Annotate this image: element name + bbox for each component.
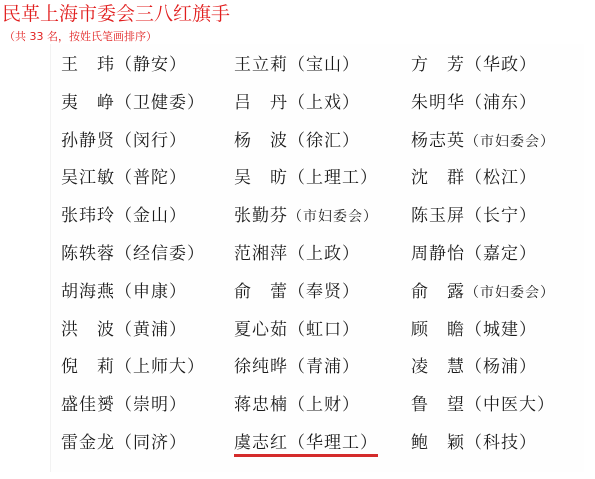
honoree-name: 陈轶蓉 bbox=[61, 242, 115, 266]
list-item-content: 范湘萍（上政） bbox=[234, 244, 360, 264]
honoree-unit: （松江） bbox=[465, 166, 537, 190]
honoree-name: 胡海燕 bbox=[61, 280, 115, 304]
honoree-unit: （杨浦） bbox=[465, 355, 537, 379]
list-item-content: 吕 丹（上戏） bbox=[234, 93, 360, 113]
honoree-name: 陈玉屏 bbox=[411, 204, 465, 228]
honoree-unit: （黄浦） bbox=[115, 318, 187, 342]
list-item: 孙静贤（闵行） bbox=[61, 129, 187, 153]
honoree-unit: （虹口） bbox=[288, 318, 360, 342]
list-item-content: 雷金龙（同济） bbox=[61, 433, 187, 453]
honoree-name: 周静怡 bbox=[411, 242, 465, 266]
honoree-name: 盛佳赟 bbox=[61, 393, 115, 417]
honoree-name: 朱明华 bbox=[411, 91, 465, 115]
list-item-content: 顾 瞻（城建） bbox=[411, 320, 537, 340]
list-item-content: 夏心茹（虹口） bbox=[234, 320, 360, 340]
list-item-content: 鲍 颖（科技） bbox=[411, 433, 537, 453]
honoree-unit: （华理工） bbox=[288, 431, 378, 455]
list-item-content: 孙静贤（闵行） bbox=[61, 131, 187, 151]
list-item: 吴江敏（普陀） bbox=[61, 166, 187, 190]
honoree-unit: （上政） bbox=[288, 242, 360, 266]
honoree-name: 夷 峥 bbox=[61, 91, 115, 115]
honoree-name: 蒋忠楠 bbox=[234, 393, 288, 417]
honoree-unit: （市妇委会） bbox=[465, 130, 555, 154]
list-item: 盛佳赟（崇明） bbox=[61, 393, 187, 417]
list-item: 朱明华（浦东） bbox=[411, 91, 537, 115]
honoree-name: 张勤芬 bbox=[234, 204, 288, 228]
list-item: 鲍 颖（科技） bbox=[411, 431, 537, 455]
list-item-content: 周静怡（嘉定） bbox=[411, 244, 537, 264]
honoree-name: 俞 蕾 bbox=[234, 280, 288, 304]
list-item: 张勤芬（市妇委会） bbox=[234, 204, 378, 228]
honoree-name: 吴 昉 bbox=[234, 166, 288, 190]
honoree-unit: （华政） bbox=[465, 53, 537, 77]
list-item-content: 王立莉（宝山） bbox=[234, 55, 360, 75]
honoree-list-sheet: 王 玮（静安）王立莉（宝山）方 芳（华政）夷 峥（卫健委）吕 丹（上戏）朱明华（… bbox=[50, 44, 584, 472]
honoree-name: 雷金龙 bbox=[61, 431, 115, 455]
list-item-content: 俞 蕾（奉贤） bbox=[234, 282, 360, 302]
honoree-unit: （同济） bbox=[115, 431, 187, 455]
list-item-content: 杨志英（市妇委会） bbox=[411, 131, 555, 151]
honoree-unit: （奉贤） bbox=[288, 280, 360, 304]
list-item-content: 盛佳赟（崇明） bbox=[61, 395, 187, 415]
list-item: 周静怡（嘉定） bbox=[411, 242, 537, 266]
honoree-name: 方 芳 bbox=[411, 53, 465, 77]
page-title: 民革上海市委会三八红旗手 bbox=[2, 2, 230, 26]
honoree-unit: （青浦） bbox=[288, 355, 360, 379]
list-item: 虞志红（华理工） bbox=[234, 431, 378, 455]
list-item-content: 方 芳（华政） bbox=[411, 55, 537, 75]
honoree-name: 杨 波 bbox=[234, 129, 288, 153]
honoree-name: 范湘萍 bbox=[234, 242, 288, 266]
list-item: 蒋忠楠（上财） bbox=[234, 393, 360, 417]
list-item-content: 张玮玲（金山） bbox=[61, 206, 187, 226]
honoree-unit: （长宁） bbox=[465, 204, 537, 228]
list-item-content: 徐纯晔（青浦） bbox=[234, 357, 360, 377]
honoree-unit: （浦东） bbox=[465, 91, 537, 115]
list-item-content: 蒋忠楠（上财） bbox=[234, 395, 360, 415]
honoree-name: 俞 露 bbox=[411, 280, 465, 304]
page-subtitle: （共 33 名，按姓氏笔画排序） bbox=[4, 30, 157, 44]
honoree-name: 杨志英 bbox=[411, 129, 465, 153]
list-item: 鲁 望（中医大） bbox=[411, 393, 555, 417]
list-item-content: 胡海燕（申康） bbox=[61, 282, 187, 302]
list-item: 倪 莉（上师大） bbox=[61, 355, 205, 379]
honoree-name: 张玮玲 bbox=[61, 204, 115, 228]
list-item: 杨 波（徐汇） bbox=[234, 129, 360, 153]
honoree-unit: （上师大） bbox=[115, 355, 205, 379]
list-item: 洪 波（黄浦） bbox=[61, 318, 187, 342]
list-item: 杨志英（市妇委会） bbox=[411, 129, 555, 153]
honoree-unit: （城建） bbox=[465, 318, 537, 342]
list-item: 方 芳（华政） bbox=[411, 53, 537, 77]
list-item: 张玮玲（金山） bbox=[61, 204, 187, 228]
list-item-content: 鲁 望（中医大） bbox=[411, 395, 555, 415]
honoree-unit: （闵行） bbox=[115, 129, 187, 153]
list-item: 陈玉屏（长宁） bbox=[411, 204, 537, 228]
list-item: 陈轶蓉（经信委） bbox=[61, 242, 205, 266]
honoree-unit: （嘉定） bbox=[465, 242, 537, 266]
list-item-content: 张勤芬（市妇委会） bbox=[234, 206, 378, 226]
list-item: 俞 蕾（奉贤） bbox=[234, 280, 360, 304]
list-item: 夏心茹（虹口） bbox=[234, 318, 360, 342]
list-item: 顾 瞻（城建） bbox=[411, 318, 537, 342]
honoree-unit: （申康） bbox=[115, 280, 187, 304]
list-item-content: 杨 波（徐汇） bbox=[234, 131, 360, 151]
honoree-unit: （普陀） bbox=[115, 166, 187, 190]
honoree-name: 孙静贤 bbox=[61, 129, 115, 153]
honoree-name: 吴江敏 bbox=[61, 166, 115, 190]
list-item-content: 吴江敏（普陀） bbox=[61, 168, 187, 188]
honoree-name: 洪 波 bbox=[61, 318, 115, 342]
honoree-unit: （经信委） bbox=[115, 242, 205, 266]
list-item-content: 俞 露（市妇委会） bbox=[411, 282, 555, 302]
list-item: 王立莉（宝山） bbox=[234, 53, 360, 77]
honoree-unit: （上戏） bbox=[288, 91, 360, 115]
honoree-name: 鲁 望 bbox=[411, 393, 465, 417]
list-item: 吕 丹（上戏） bbox=[234, 91, 360, 115]
list-item-content: 陈轶蓉（经信委） bbox=[61, 244, 205, 264]
honoree-unit: （科技） bbox=[465, 431, 537, 455]
honoree-unit: （金山） bbox=[115, 204, 187, 228]
honoree-unit: （上理工） bbox=[288, 166, 378, 190]
list-item-content: 吴 昉（上理工） bbox=[234, 168, 378, 188]
honoree-name: 顾 瞻 bbox=[411, 318, 465, 342]
honoree-unit: （宝山） bbox=[288, 53, 360, 77]
honoree-unit: （卫健委） bbox=[115, 91, 205, 115]
honoree-name: 倪 莉 bbox=[61, 355, 115, 379]
honoree-name: 鲍 颖 bbox=[411, 431, 465, 455]
list-item: 沈 群（松江） bbox=[411, 166, 537, 190]
honoree-name: 凌 慧 bbox=[411, 355, 465, 379]
list-item: 王 玮（静安） bbox=[61, 53, 187, 77]
list-item-content: 虞志红（华理工） bbox=[234, 433, 378, 457]
list-item: 凌 慧（杨浦） bbox=[411, 355, 537, 379]
honoree-unit: （徐汇） bbox=[288, 129, 360, 153]
honoree-unit: （市妇委会） bbox=[465, 281, 555, 305]
honoree-unit: （市妇委会） bbox=[288, 205, 378, 229]
honoree-name: 王立莉 bbox=[234, 53, 288, 77]
list-item-content: 凌 慧（杨浦） bbox=[411, 357, 537, 377]
list-item: 胡海燕（申康） bbox=[61, 280, 187, 304]
list-item: 徐纯晔（青浦） bbox=[234, 355, 360, 379]
honoree-unit: （上财） bbox=[288, 393, 360, 417]
honoree-unit: （静安） bbox=[115, 53, 187, 77]
honoree-name: 徐纯晔 bbox=[234, 355, 288, 379]
list-item: 范湘萍（上政） bbox=[234, 242, 360, 266]
list-item-content: 夷 峥（卫健委） bbox=[61, 93, 205, 113]
honoree-name: 夏心茹 bbox=[234, 318, 288, 342]
list-item: 吴 昉（上理工） bbox=[234, 166, 378, 190]
list-item-content: 倪 莉（上师大） bbox=[61, 357, 205, 377]
list-item-content: 陈玉屏（长宁） bbox=[411, 206, 537, 226]
list-item-content: 王 玮（静安） bbox=[61, 55, 187, 75]
list-item-content: 朱明华（浦东） bbox=[411, 93, 537, 113]
honoree-unit: （中医大） bbox=[465, 393, 555, 417]
honoree-name: 虞志红 bbox=[234, 431, 288, 455]
honoree-name: 王 玮 bbox=[61, 53, 115, 77]
list-item: 夷 峥（卫健委） bbox=[61, 91, 205, 115]
list-item-content: 洪 波（黄浦） bbox=[61, 320, 187, 340]
list-item: 雷金龙（同济） bbox=[61, 431, 187, 455]
honoree-unit: （崇明） bbox=[115, 393, 187, 417]
list-item-content: 沈 群（松江） bbox=[411, 168, 537, 188]
honoree-name: 沈 群 bbox=[411, 166, 465, 190]
list-item: 俞 露（市妇委会） bbox=[411, 280, 555, 304]
honoree-name: 吕 丹 bbox=[234, 91, 288, 115]
